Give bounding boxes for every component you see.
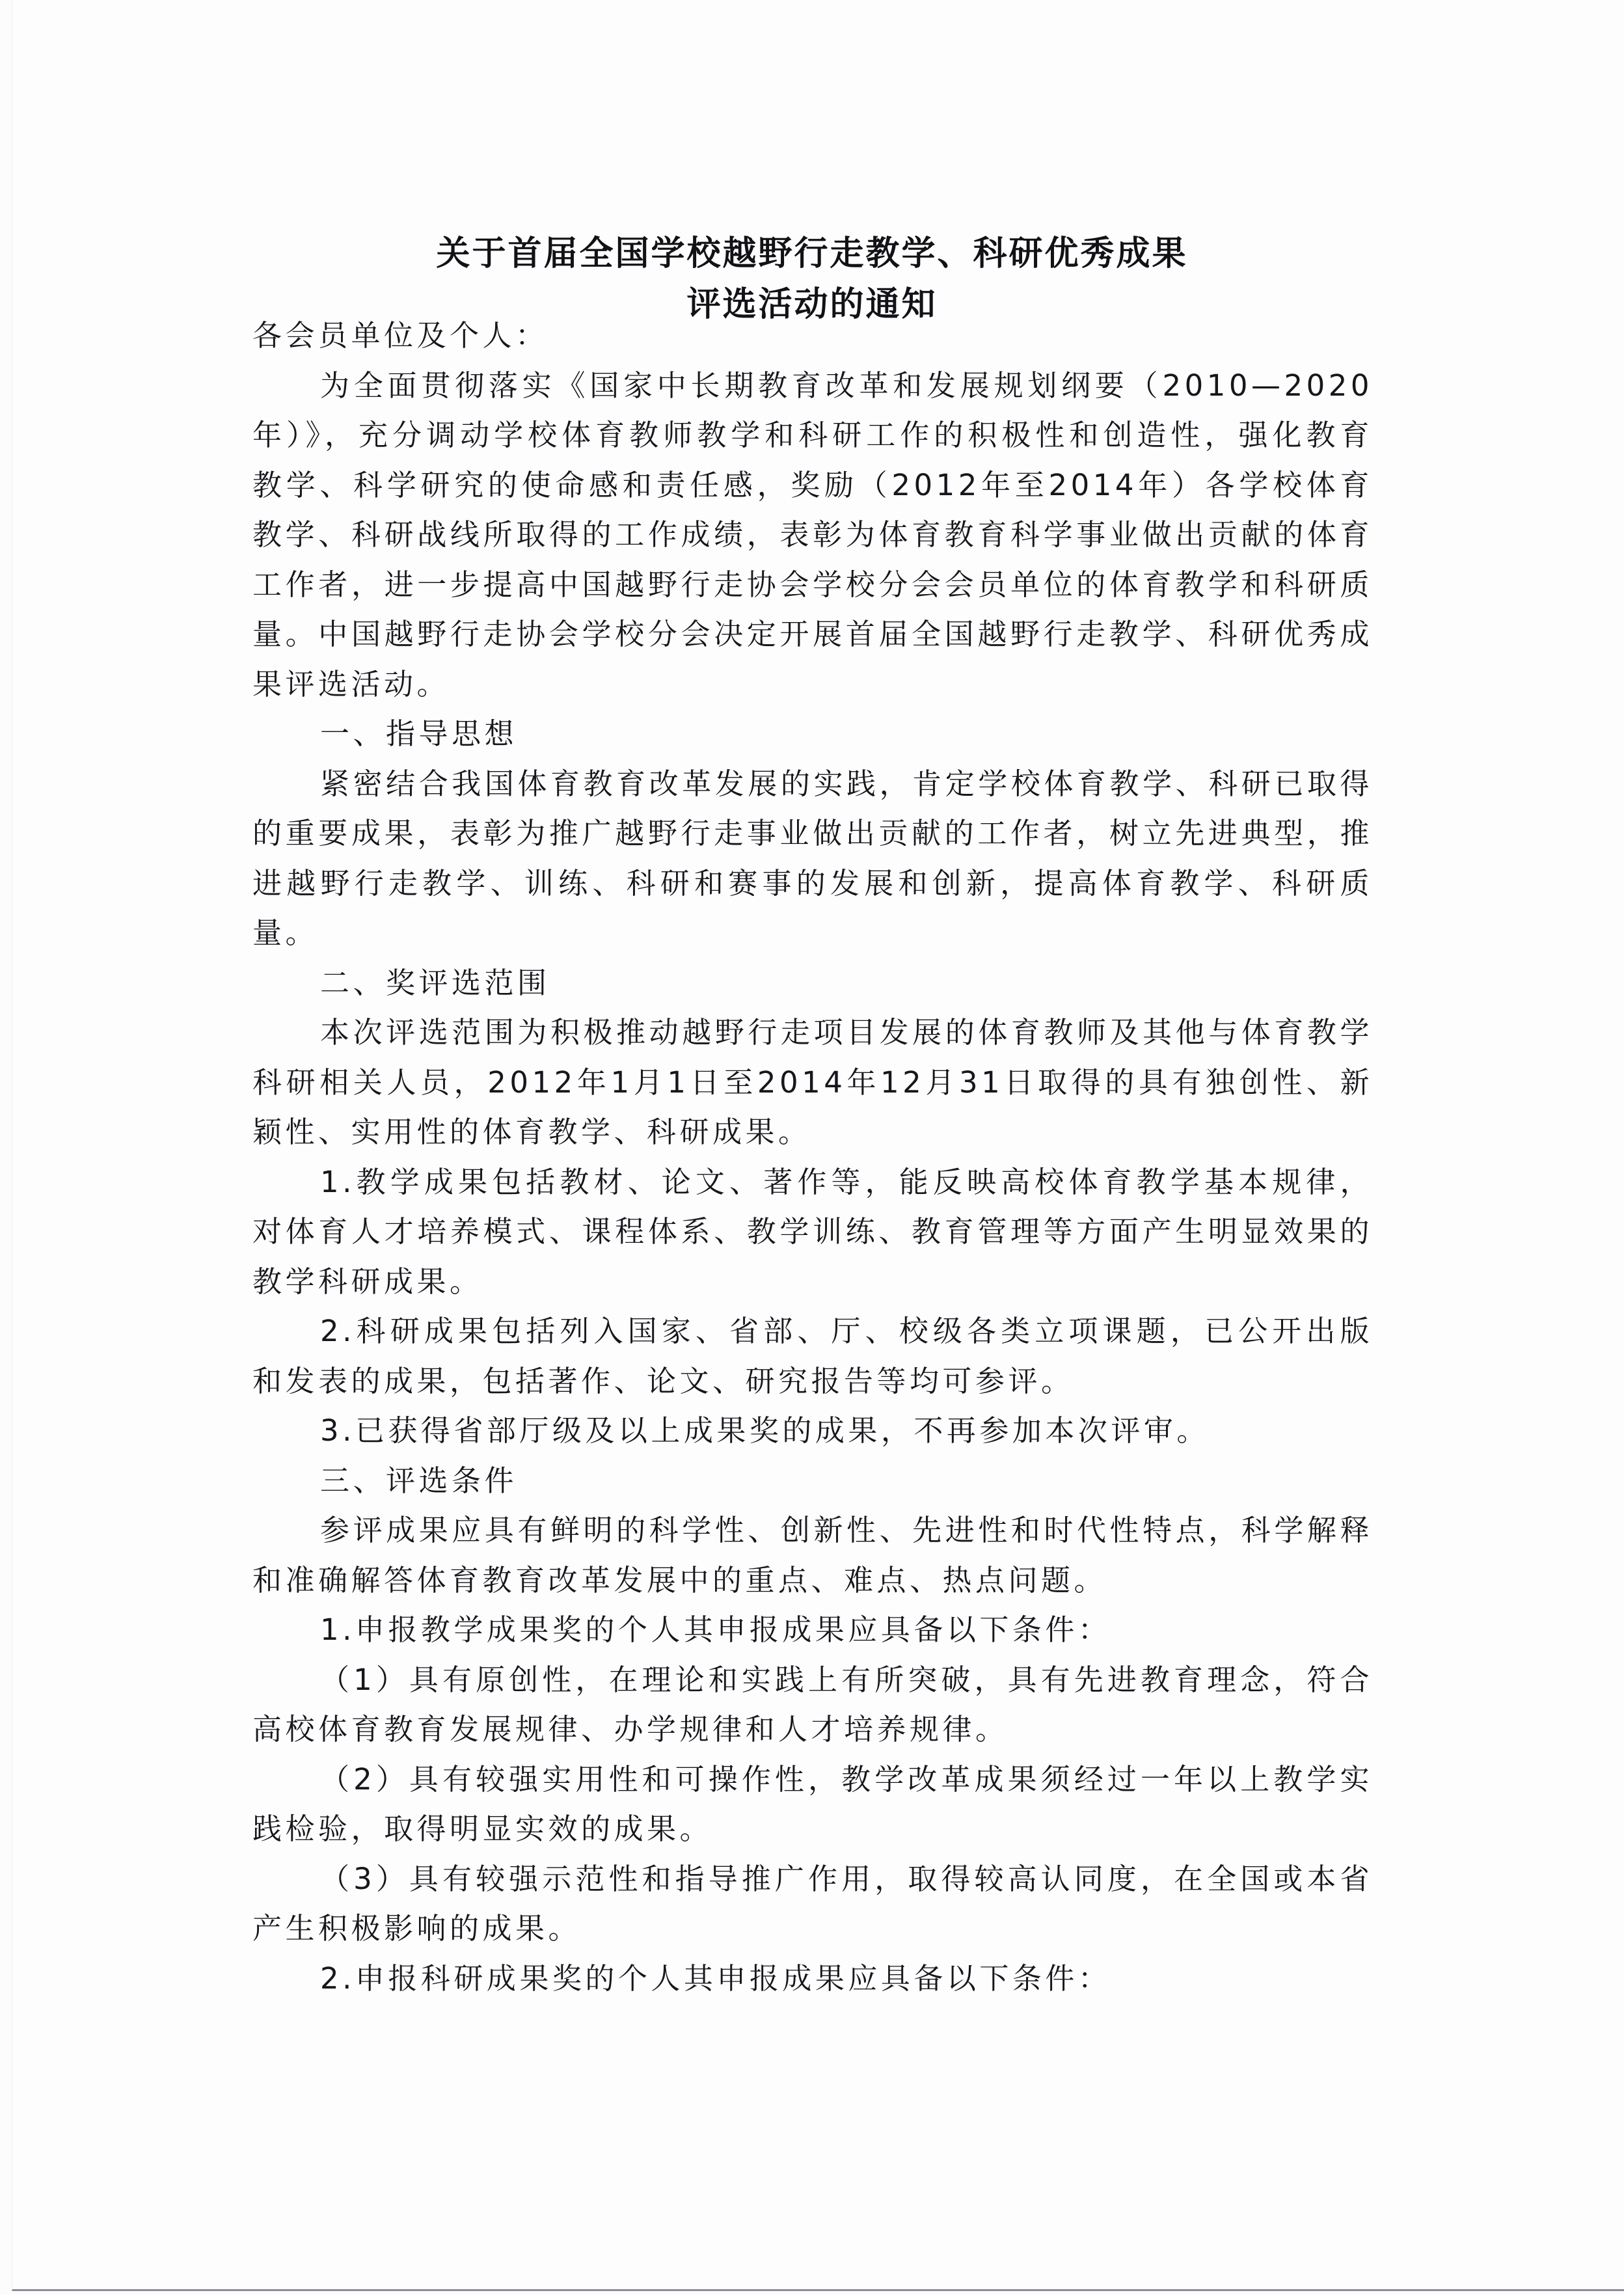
paragraph: 1.申报教学成果奖的个人其申报成果应具备以下条件： bbox=[252, 1605, 1373, 1655]
paragraph: 3.已获得省部厅级及以上成果奖的成果，不再参加本次评审。 bbox=[252, 1406, 1373, 1456]
paragraph: 参评成果应具有鲜明的科学性、创新性、先进性和时代性特点，科学解释和准确解答体育教… bbox=[252, 1506, 1373, 1605]
document-title-line-1: 关于首届全国学校越野行走教学、科研优秀成果 bbox=[0, 226, 1624, 275]
section-heading-conditions: 三、评选条件 bbox=[252, 1456, 1373, 1506]
document-body: 各会员单位及个人： 为全面贯彻落实《国家中长期教育改革和发展规划纲要（2010—… bbox=[252, 311, 1373, 2003]
paragraph: （1）具有原创性，在理论和实践上有所突破，具有先进教育理念，符合高校体育教育发展… bbox=[252, 1655, 1373, 1755]
paragraph: 紧密结合我国体育教育改革发展的实践，肯定学校体育教学、科研已取得的重要成果，表彰… bbox=[252, 759, 1373, 958]
section-heading-scope: 二、奖评选范围 bbox=[252, 958, 1373, 1009]
intro-paragraph: 为全面贯彻落实《国家中长期教育改革和发展规划纲要（2010—2020年）》，充分… bbox=[252, 361, 1373, 710]
paragraph: 2.科研成果包括列入国家、省部、厅、校级各类立项课题，已公开出版和发表的成果，包… bbox=[252, 1307, 1373, 1406]
paragraph: 2.申报科研成果奖的个人其申报成果应具备以下条件： bbox=[252, 1954, 1373, 2004]
section-heading-guiding-ideology: 一、指导思想 bbox=[252, 709, 1373, 759]
paragraph: （3）具有较强示范性和指导推广作用，取得较高认同度，在全国或本省产生积极影响的成… bbox=[252, 1854, 1373, 1954]
salutation: 各会员单位及个人： bbox=[252, 311, 1373, 361]
paragraph: 本次评选范围为积极推动越野行走项目发展的体育教师及其他与体育教学科研相关人员，2… bbox=[252, 1008, 1373, 1158]
paragraph: 1.教学成果包括教材、论文、著作等，能反映高校体育教学基本规律，对体育人才培养模… bbox=[252, 1158, 1373, 1307]
paragraph: （2）具有较强实用性和可操作性，教学改革成果须经过一年以上教学实践检验，取得明显… bbox=[252, 1755, 1373, 1854]
